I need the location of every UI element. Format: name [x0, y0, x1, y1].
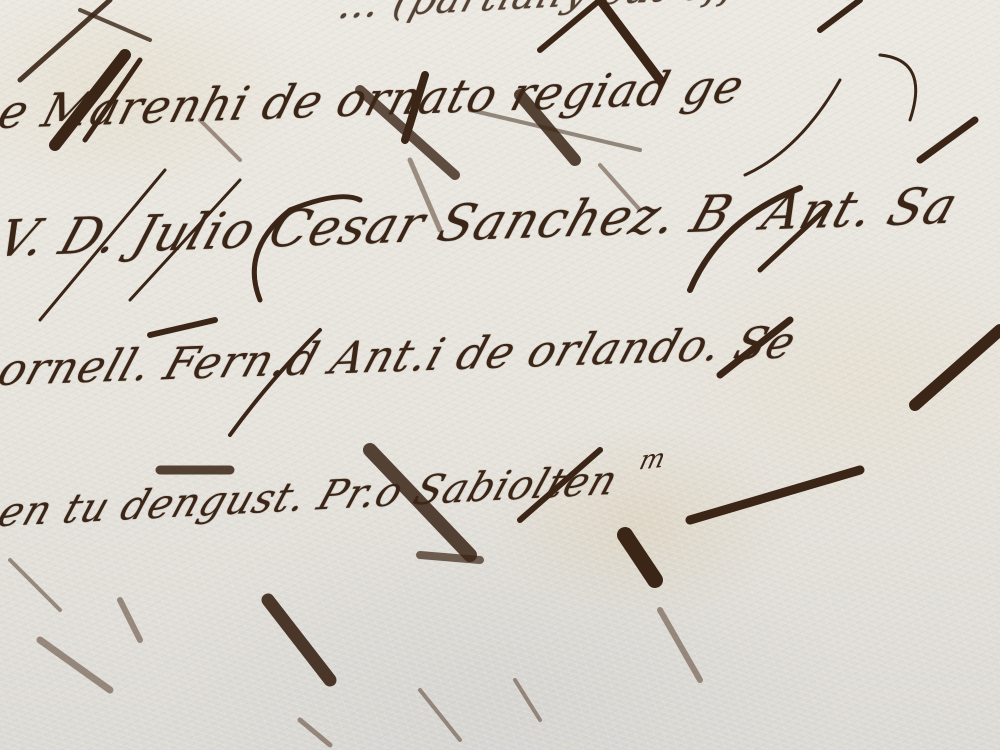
- manuscript-page: … (partially cut off at top edge) … e Ma…: [0, 0, 1000, 750]
